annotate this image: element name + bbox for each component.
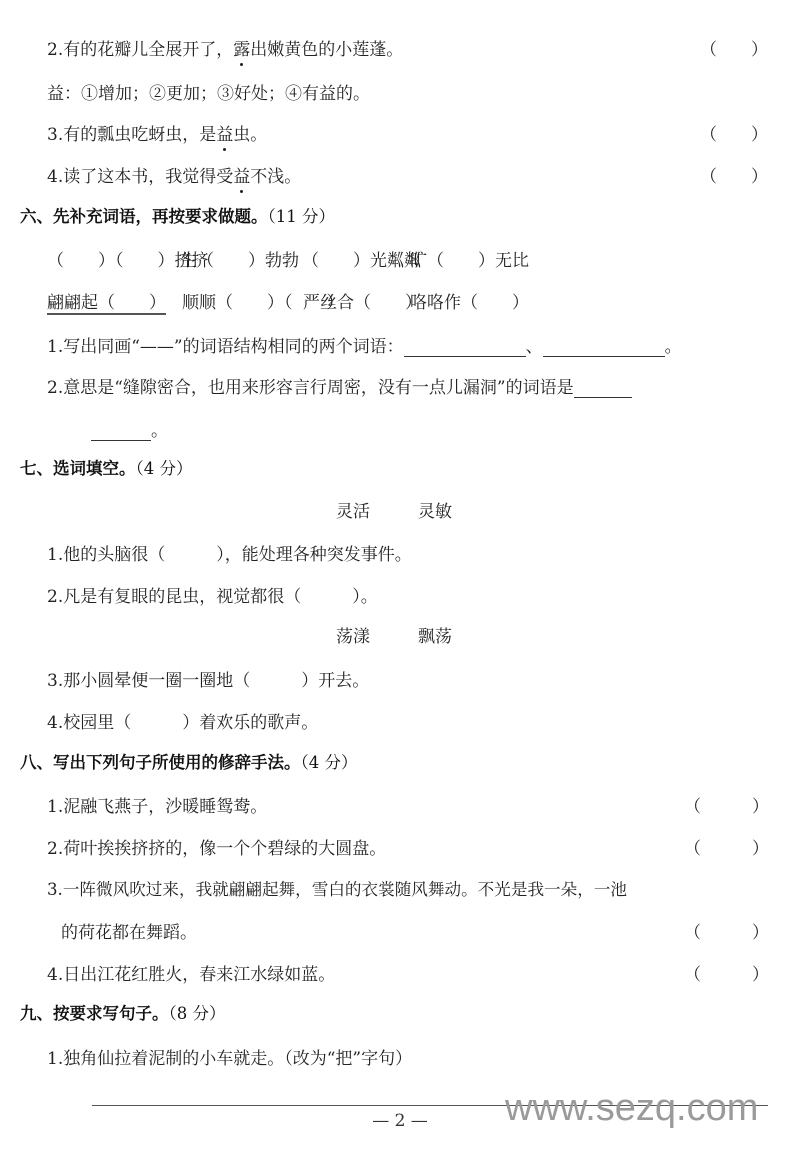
question-text: 出嫩黄色的小莲蓬。 (250, 40, 403, 60)
section-points: （8 分） (169, 1004, 226, 1023)
question-7-3[interactable]: 3.那小圆晕便一圈一圈地（ ）开去。 (47, 666, 369, 691)
section-title: 七、选词填空。 (20, 459, 136, 478)
question-7-4[interactable]: 4.校园里（ ）着欢乐的歌声。 (47, 708, 318, 733)
section-title: 九、按要求写句子。 (20, 1004, 169, 1023)
question-8-1: 1.泥融飞燕子，沙暖睡鸳鸯。 (47, 792, 267, 817)
word-choice-1a: 灵活 (336, 497, 370, 522)
answer-blank[interactable]: （ ） (700, 120, 768, 145)
section-points: （11 分） (268, 207, 336, 226)
answer-line[interactable] (91, 420, 151, 441)
word-fill-7[interactable]: 严丝合（ ） (303, 288, 422, 313)
question-8-3-cont: 的荷花都在舞蹈。 (61, 918, 197, 943)
answer-blank[interactable]: （ ） (700, 35, 768, 60)
question-8-3: 3.一阵微风吹过来，我就翩翩起舞，雪白的衣裳随风舞动。不光是我一朵，一池 (47, 876, 627, 900)
word-choice-2b: 飘荡 (418, 622, 452, 647)
answer-line[interactable] (404, 336, 526, 357)
question-8-4: 4.日出江花红胜火，春来江水绿如蓝。 (47, 960, 335, 985)
section-7-heading: 七、选词填空。（4 分） (20, 455, 193, 479)
question-text: 不浅。 (250, 167, 301, 187)
answer-line[interactable] (543, 336, 665, 357)
page-number: — 2 — (0, 1111, 800, 1131)
word-choice-1b: 灵敏 (418, 497, 452, 522)
question-6-2-cont: 。 (91, 416, 168, 441)
word-fill-5-underlined[interactable]: 翩翩起（ ） (47, 288, 166, 315)
question-5-3: 3.有的瓢虫吃蚜虫，是益虫。 (47, 120, 267, 145)
answer-line[interactable] (92, 1105, 500, 1106)
question-7-1[interactable]: 1.他的头脑很（ ），能处理各种突发事件。 (47, 540, 412, 565)
section-6-heading: 六、先补充词语，再按要求做题。（11 分） (20, 203, 335, 227)
word-fill-4[interactable]: 旷（ ）无比 (410, 246, 529, 271)
answer-blank[interactable]: （ ） (684, 792, 769, 817)
question-text: 1.写出同画“——”的词语结构相同的两个词语： (47, 337, 404, 357)
question-5-4: 4.读了这本书，我觉得受益不浅。 (47, 162, 301, 187)
question-text: 2.意思是“缝隙密合，也用来形容言行周密，没有一点儿漏洞”的词语是 (47, 378, 574, 398)
dotted-char: 益 (233, 162, 250, 187)
answer-line[interactable] (574, 377, 632, 398)
separator: 、 (526, 337, 543, 357)
answer-blank[interactable]: （ ） (684, 918, 769, 943)
section-title: 六、先补充词语，再按要求做题。 (20, 207, 268, 226)
question-text: 2.有的花瓣儿全展开了， (47, 40, 233, 60)
question-6-2: 2.意思是“缝隙密合，也用来形容言行周密，没有一点儿漏洞”的词语是 (47, 373, 632, 398)
section-title: 八、写出下列句子所使用的修辞手法。 (20, 753, 301, 772)
question-5-2: 2.有的花瓣儿全展开了，露出嫩黄色的小莲蓬。 (47, 35, 403, 60)
word-fill-8[interactable]: 咯咯作（ ） (410, 288, 529, 313)
answer-blank[interactable]: （ ） (700, 162, 768, 187)
question-8-2: 2.荷叶挨挨挤挤的，像一个个碧绿的大圆盘。 (47, 834, 386, 859)
period: 。 (151, 421, 168, 441)
question-text: 3.有的瓢虫吃蚜虫，是 (47, 125, 216, 145)
definition-yi: 益：①增加；②更加；③好处；④有益的。 (47, 79, 370, 104)
section-9-heading: 九、按要求写句子。（8 分） (20, 1000, 226, 1024)
answer-blank[interactable]: （ ） (684, 960, 769, 985)
section-points: （4 分） (301, 753, 358, 772)
question-6-1: 1.写出同画“——”的词语结构相同的两个词语：、。 (47, 332, 682, 357)
question-9-1: 1.独角仙拉着泥制的小车就走。（改为“把”字句） (47, 1044, 412, 1069)
section-points: （4 分） (136, 459, 193, 478)
question-text: 4.读了这本书，我觉得受 (47, 167, 233, 187)
dotted-char: 露 (233, 35, 250, 60)
word-fill-2[interactable]: 生（ ）勃勃 (180, 246, 299, 271)
word-choice-2a: 荡漾 (336, 622, 370, 647)
question-7-2[interactable]: 2.凡是有复眼的昆虫，视觉都很（ ）。 (47, 582, 378, 607)
dotted-char: 益 (216, 120, 233, 145)
section-8-heading: 八、写出下列句子所使用的修辞手法。（4 分） (20, 749, 358, 773)
period: 。 (665, 337, 682, 357)
answer-blank[interactable]: （ ） (684, 834, 769, 859)
word-fill-3[interactable]: （ ）光粼粼 (302, 246, 421, 271)
question-text: 虫。 (233, 125, 267, 145)
